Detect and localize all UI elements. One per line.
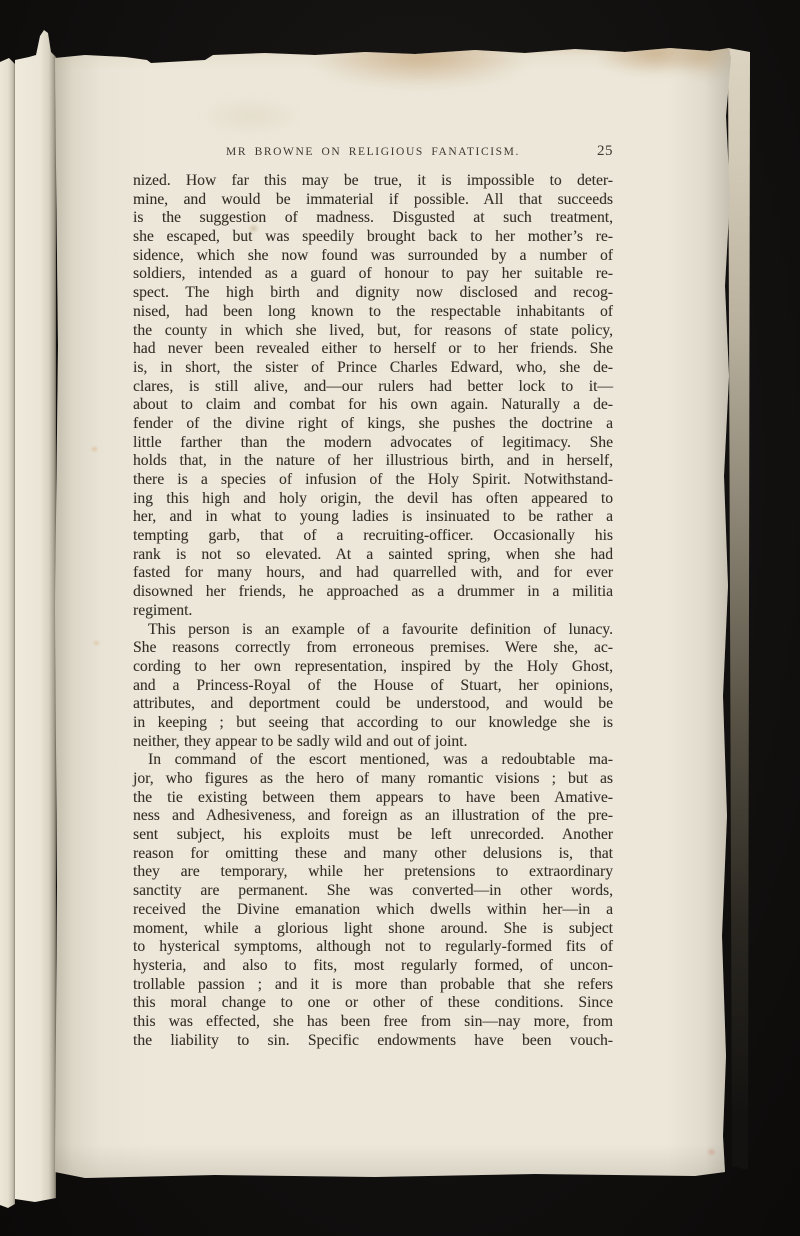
text-line: sidence, which she now found was surroun…: [133, 247, 613, 266]
text-line: and a Princess-Royal of the House of Stu…: [133, 677, 613, 696]
text-line: holds that, in the nature of her illustr…: [133, 452, 613, 471]
text-block: nized. How far this may be true, it is i…: [133, 172, 613, 1050]
text-line: tempting garb, that of a recruiting-offi…: [133, 527, 613, 546]
text-line: this moral change to one or other of the…: [133, 994, 613, 1013]
text-line: this was effected, she has been free fro…: [133, 1013, 613, 1032]
text-line: the tie existing between them appears to…: [133, 789, 613, 808]
text-line: had never been revealed either to hersel…: [133, 340, 613, 359]
text-line: her, and in what to young ladies is insi…: [133, 508, 613, 527]
text-line: reason for omitting these and many other…: [133, 845, 613, 864]
text-line: clares, is still alive, and—our rulers h…: [133, 378, 613, 397]
text-line: the liability to sin. Specific endowment…: [133, 1032, 613, 1051]
text-line: hysteria, and also to fits, most regular…: [133, 957, 613, 976]
text-line: This person is an example of a favourite…: [133, 621, 613, 640]
text-line: she escaped, but was speedily brought ba…: [133, 228, 613, 247]
text-line: soldiers, intended as a guard of honour …: [133, 265, 613, 284]
paragraph: In command of the escort mentioned, was …: [133, 751, 613, 1050]
text-line: fender of the divine right of kings, she…: [133, 415, 613, 434]
text-line: She reasons correctly from erroneous pre…: [133, 639, 613, 658]
text-line: the county in which she lived, but, for …: [133, 322, 613, 341]
text-line: In command of the escort mentioned, was …: [133, 751, 613, 770]
text-line: disowned her friends, he approached as a…: [133, 583, 613, 602]
foxing-stain: [91, 446, 98, 452]
text-line: about to claim and combat for his own ag…: [133, 396, 613, 415]
running-header: MR BROWNE ON RELIGIOUS FANATICISM. 25: [133, 143, 613, 163]
text-line: neither, they appear to be sadly wild an…: [133, 733, 613, 752]
text-line: little farther than the modern advocates…: [133, 434, 613, 453]
text-line: regiment.: [133, 602, 613, 621]
text-line: sent subject, his exploits must be left …: [133, 826, 613, 845]
foxing-stain: [203, 101, 298, 131]
text-line: to hysterical symptoms, although not to …: [133, 938, 613, 957]
foxing-stain: [93, 640, 100, 646]
text-line: spect. The high birth and dignity now di…: [133, 284, 613, 303]
text-line: in keeping ; but seeing that according t…: [133, 714, 613, 733]
text-line: jor, who figures as the hero of many rom…: [133, 770, 613, 789]
page-number: 25: [597, 143, 613, 160]
running-title: MR BROWNE ON RELIGIOUS FANATICISM.: [133, 146, 613, 158]
foxing-stain: [677, 46, 735, 80]
photo-background: MR BROWNE ON RELIGIOUS FANATICISM. 25 ni…: [0, 0, 800, 1236]
left-page-stack-edge-outer: [0, 58, 15, 1208]
text-line: fasted for many hours, and had quarrelle…: [133, 564, 613, 583]
text-line: is the suggestion of madness. Disgusted …: [133, 209, 613, 228]
text-line: moment, while a glorious light shone aro…: [133, 920, 613, 939]
foxing-stain: [310, 46, 530, 88]
text-line: received the Divine emanation which dwel…: [133, 901, 613, 920]
left-page-stack-edge-inner: [15, 30, 56, 1202]
text-line: trollable passion ; and it is more than …: [133, 976, 613, 995]
text-line: cording to her own representation, inspi…: [133, 658, 613, 677]
text-line: mine, and would be immaterial if possibl…: [133, 191, 613, 210]
text-line: sanctity are permanent. She was converte…: [133, 882, 613, 901]
text-line: nized. How far this may be true, it is i…: [133, 172, 613, 191]
paragraph: nized. How far this may be true, it is i…: [133, 172, 613, 621]
text-line: ing this high and holy origin, the devil…: [133, 490, 613, 509]
text-line: rank is not so elevated. At a sainted sp…: [133, 546, 613, 565]
text-line: is, in short, the sister of Prince Charl…: [133, 359, 613, 378]
text-line: nised, had been long known to the respec…: [133, 303, 613, 322]
text-line: they are temporary, while her pretension…: [133, 863, 613, 882]
book-page: MR BROWNE ON RELIGIOUS FANATICISM. 25 ni…: [55, 46, 731, 1178]
paragraph: This person is an example of a favourite…: [133, 621, 613, 752]
text-line: attributes, and deportment could be unde…: [133, 695, 613, 714]
text-line: ness and Adhesiveness, and foreign as an…: [133, 807, 613, 826]
foxing-stain: [707, 1148, 716, 1156]
text-line: there is a species of infusion of the Ho…: [133, 471, 613, 490]
